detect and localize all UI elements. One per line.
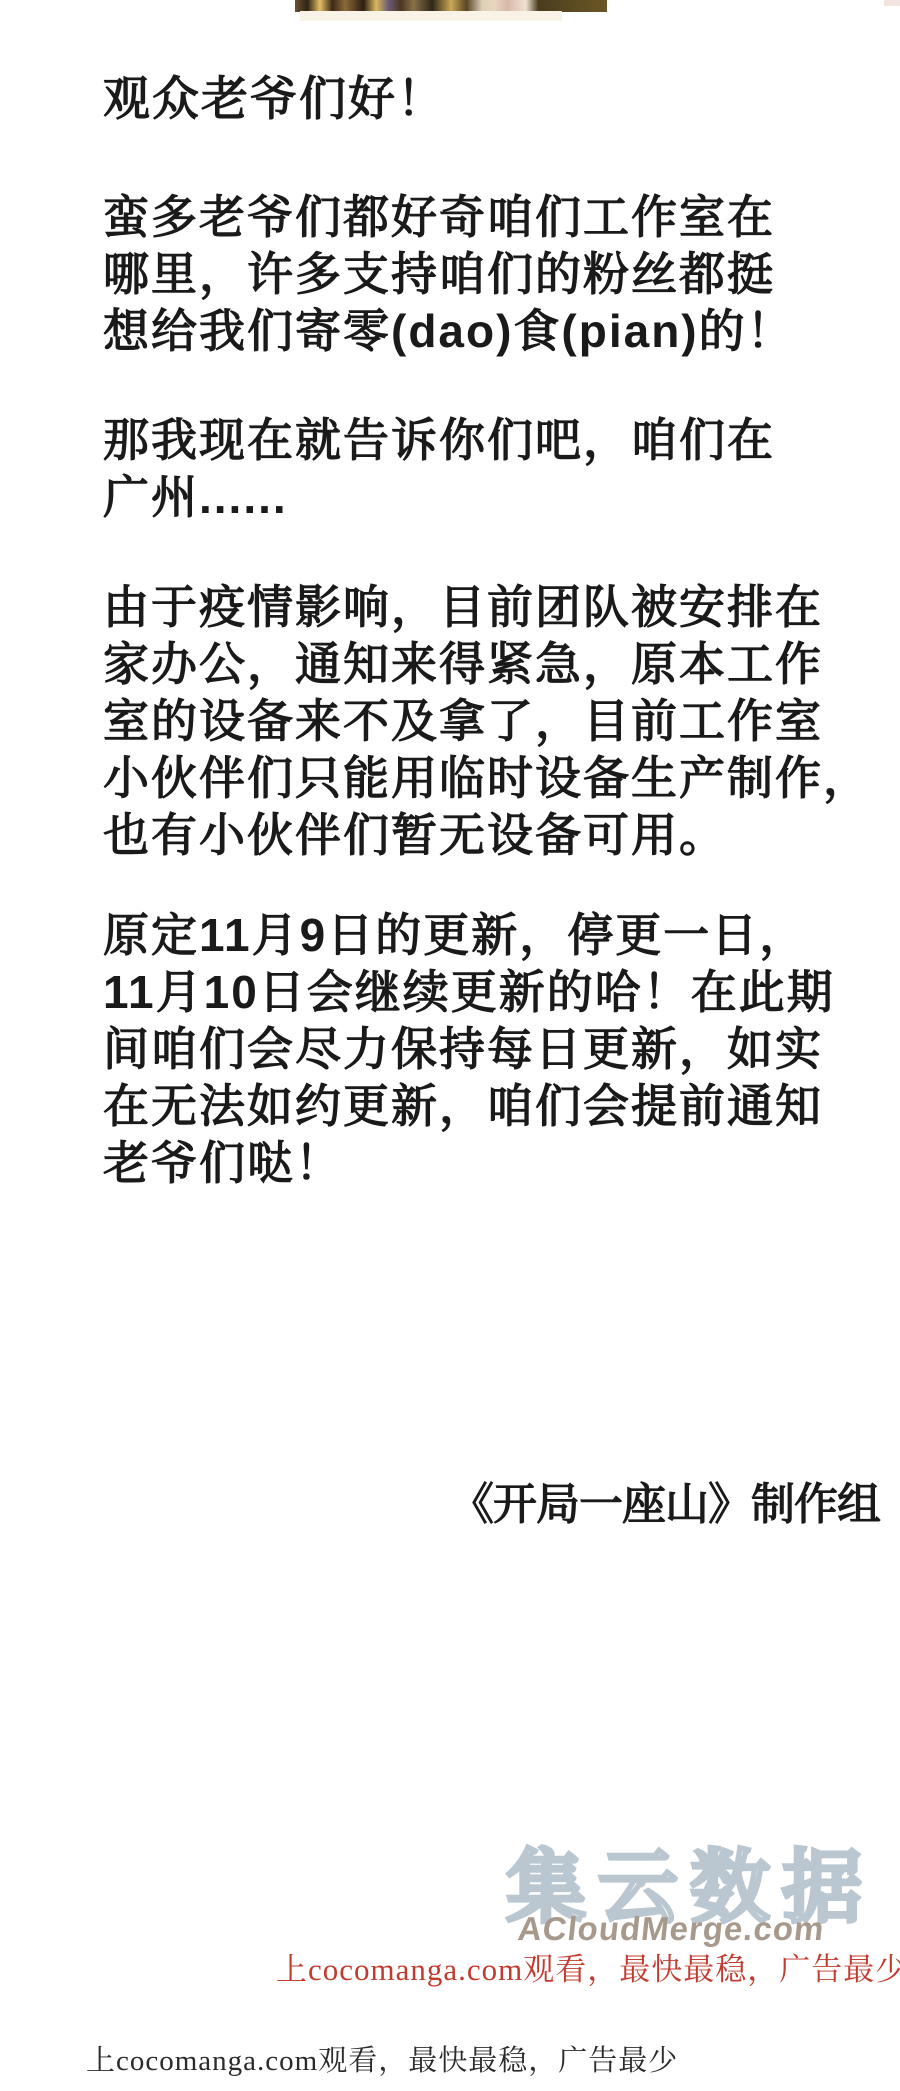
paragraph-line: 11月10日会继续更新的哈！在此期 — [103, 964, 835, 1021]
notice-title: 观众老爷们好！ — [103, 62, 446, 129]
paragraph-line: 室的设备来不及拿了，目前工作室 — [103, 693, 871, 750]
paragraph-line: 由于疫情影响，目前团队被安排在 — [103, 579, 871, 636]
paragraph-line: 在无法如约更新，咱们会提前通知 — [103, 1078, 835, 1135]
comic-notice-page: 观众老爷们好！ 蛮多老爷们都好奇咱们工作室在 哪里，许多支持咱们的粉丝都挺 想给… — [0, 0, 900, 2091]
notice-paragraph-update-schedule: 原定11月9日的更新，停更一日， 11月10日会继续更新的哈！在此期 间咱们会尽… — [103, 907, 835, 1192]
paragraph-line: 原定11月9日的更新，停更一日， — [103, 907, 835, 964]
paragraph-line: 老爷们哒！ — [103, 1135, 835, 1192]
paragraph-line: 那我现在就告诉你们吧，咱们在 — [103, 412, 775, 469]
site-promo-red-line: 上cocomanga.com观看，最快最稳，广告最少 — [276, 1944, 900, 1989]
paragraph-line: 想给我们寄零(dao)食(pian)的！ — [103, 303, 795, 360]
paragraph-line: 蛮多老爷们都好奇咱们工作室在 — [103, 189, 795, 246]
paragraph-line: 也有小伙伴们暂无设备可用。 — [103, 807, 871, 864]
notice-paragraph-location-intro: 蛮多老爷们都好奇咱们工作室在 哪里，许多支持咱们的粉丝都挺 想给我们寄零(dao… — [103, 189, 795, 360]
paragraph-line: 家办公，通知来得紧急，原本工作 — [103, 636, 871, 693]
previous-panel-edge-fragment — [884, 0, 900, 6]
site-promo-bottom-line: 上cocomanga.com观看，最快最稳，广告最少 — [86, 2038, 678, 2079]
paragraph-line: 哪里，许多支持咱们的粉丝都挺 — [103, 246, 795, 303]
notice-paragraph-location-reveal: 那我现在就告诉你们吧，咱们在 广州...... — [103, 412, 775, 526]
paragraph-line: 广州...... — [103, 469, 775, 526]
paragraph-line: 小伙伴们只能用临时设备生产制作， — [103, 750, 871, 807]
paragraph-line: 间咱们会尽力保持每日更新，如实 — [103, 1021, 835, 1078]
previous-panel-edge-shadow — [300, 11, 562, 21]
watermark-domain-text: ACloudMerge.com — [516, 1910, 827, 1948]
notice-paragraph-pandemic-impact: 由于疫情影响，目前团队被安排在 家办公，通知来得紧急，原本工作 室的设备来不及拿… — [103, 579, 871, 864]
production-team-signature: 《开局一座山》制作组 — [450, 1468, 880, 1532]
